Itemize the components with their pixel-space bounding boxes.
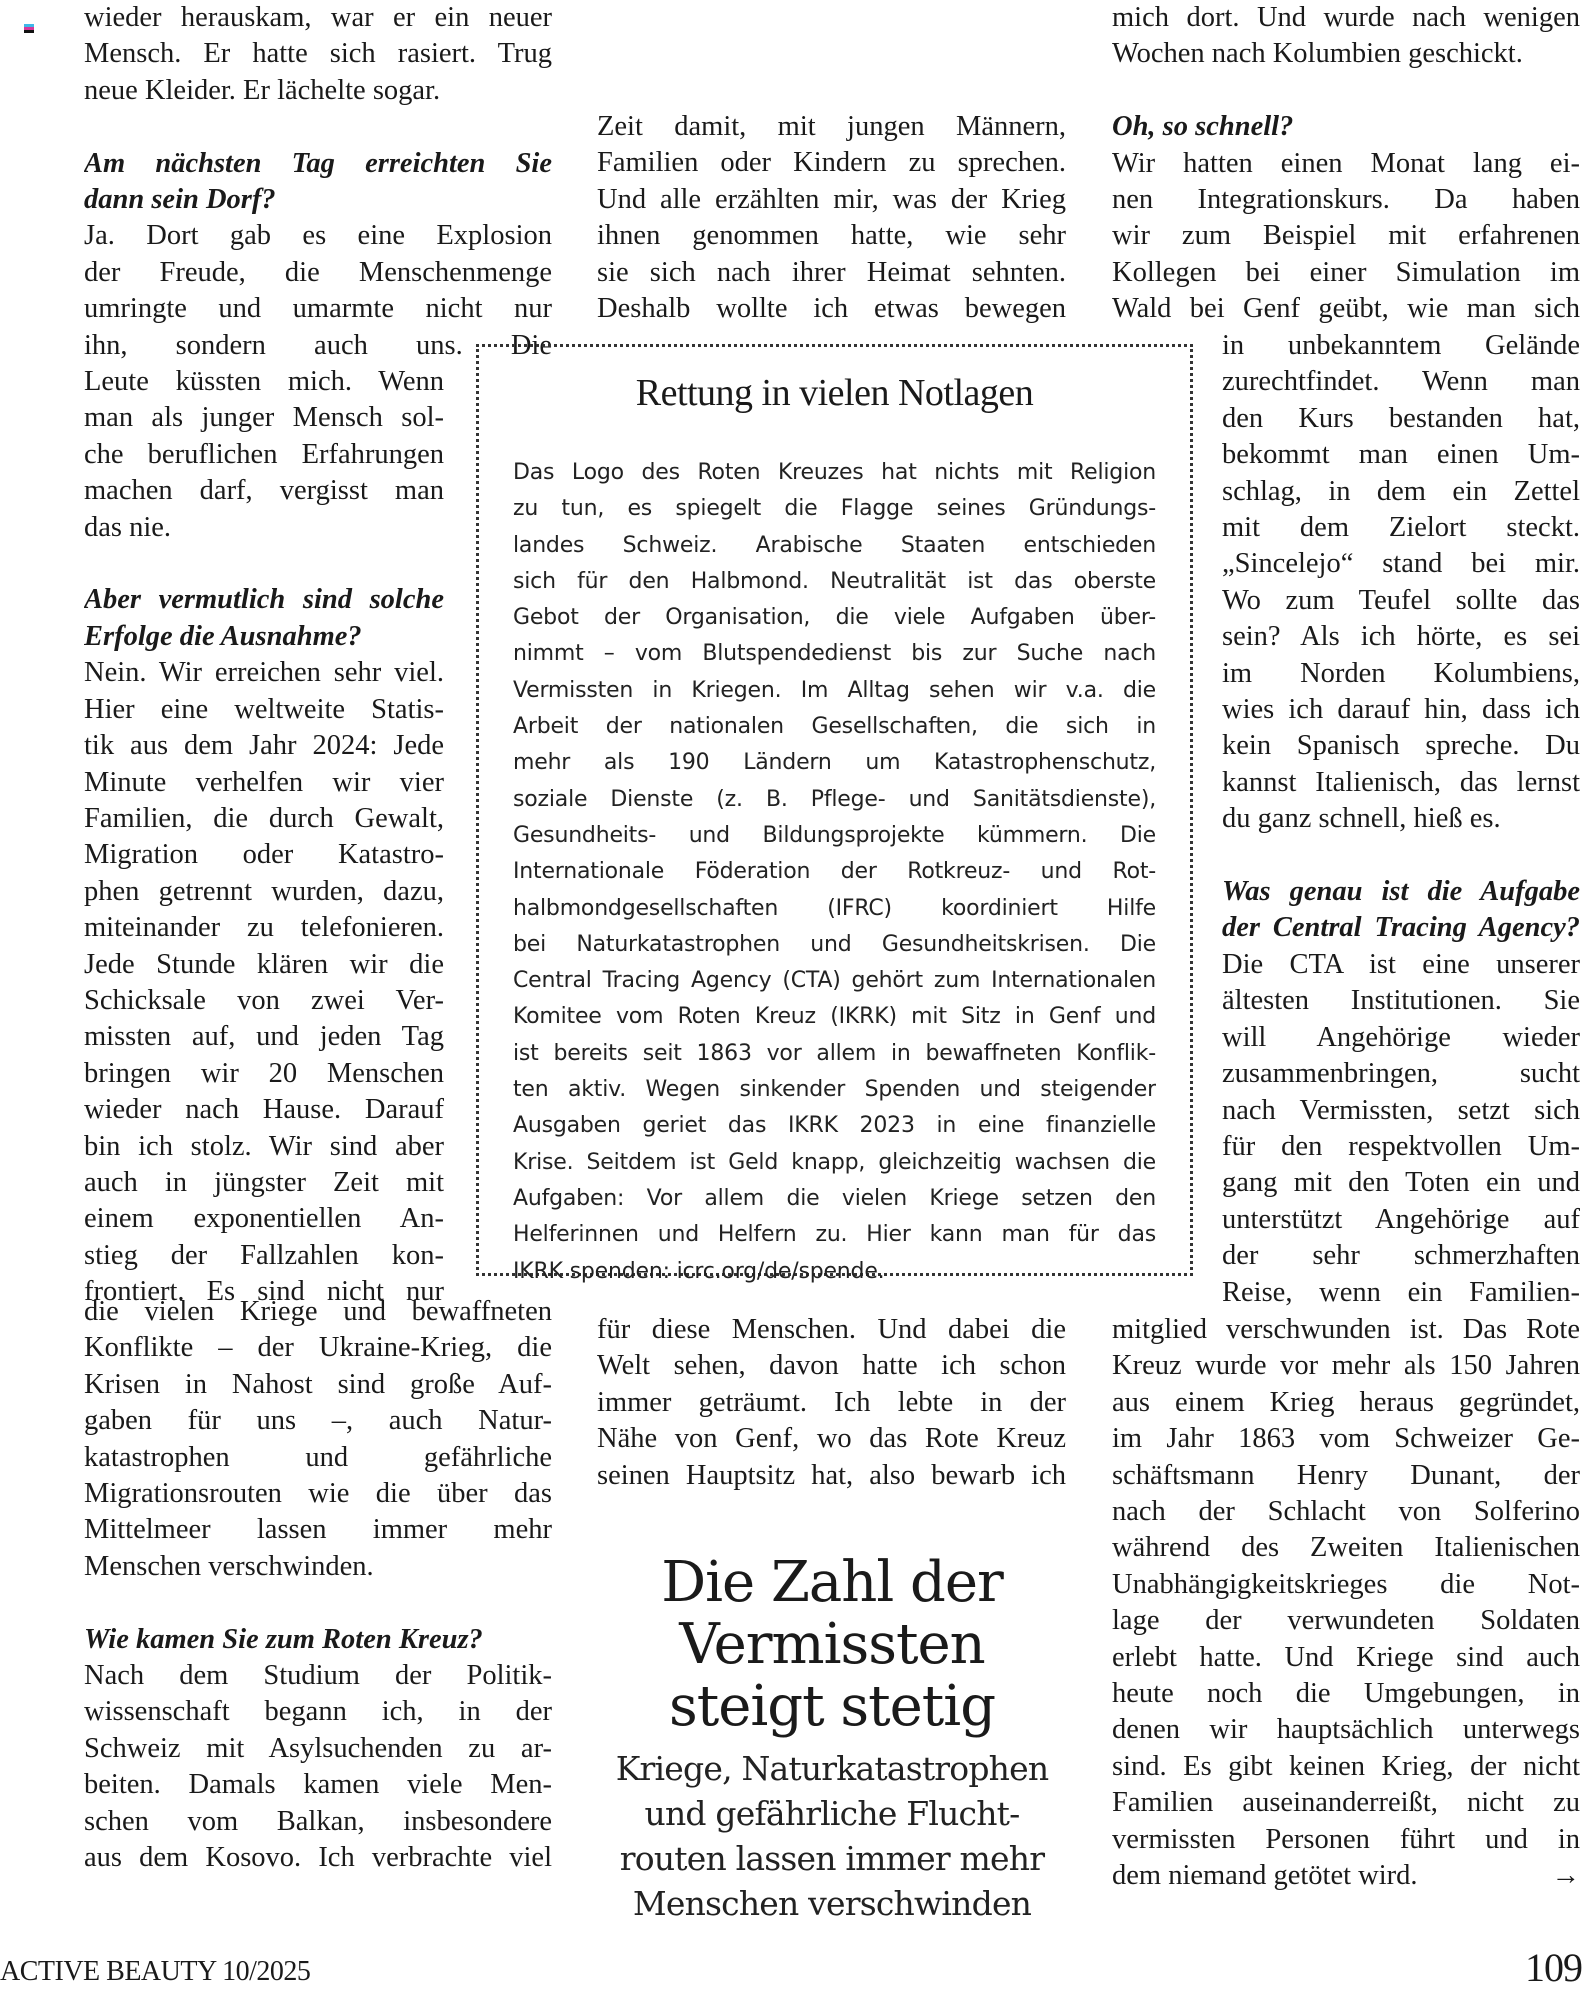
text-line: denen wir hauptsächlich unterwegs [1112,1712,1580,1748]
middle-column-bottom: für diese Menschen. Und dabei dieWelt se… [597,1312,1066,1494]
interview-question: Oh, so schnell? [1112,109,1580,145]
publication-name: ACTIVE BEAUTY 10/2025 [0,1956,310,1988]
text-line: Wir hatten einen Monat lang ei- [1112,146,1580,182]
continue-arrow-icon: → [1552,1858,1581,1894]
text-line: gaben für uns –, auch Natur- [84,1403,552,1439]
text-line: während des Zweiten Italienischen [1112,1530,1580,1566]
text-line: Hier eine weltweite Statis- [84,692,444,728]
text-line: Krisen in Nahost sind große Auf- [84,1367,552,1403]
text-line: missten auf, und jeden Tag [84,1019,444,1055]
text-line: Mittelmeer lassen immer mehr [84,1512,552,1548]
paragraph-spacer [1222,838,1580,874]
text-line: Internationale Föderation der Rotkreuz- … [513,854,1156,890]
text-line: Migration oder Katastro- [84,837,444,873]
text-line: bin ich stolz. Wir sind aber [84,1129,444,1165]
text-line: lage der verwundeten Soldaten [1112,1603,1580,1639]
text-line: dann sein Dorf? [84,182,552,218]
info-box: Rettung in vielen Notlagen Das Logo des … [476,344,1193,1276]
text-line: kein Spanisch spreche. Du [1222,728,1580,764]
text-line: einem exponentiellen An- [84,1201,444,1237]
pull-quote-subline-line: Menschen verschwinden [592,1881,1072,1926]
text-line: den Kurs bestanden hat, [1222,401,1580,437]
pull-quote-headline-line: Die Zahl der [592,1552,1072,1614]
text-line: soziale Dienste (z. B. Pflege- und Sanit… [513,782,1156,818]
text-line: seinen Hauptsitz hat, also bewarb ich [597,1458,1066,1494]
text-line: Jede Stunde klären wir die [84,947,444,983]
text-line: nach der Schlacht von Solferino [1112,1494,1580,1530]
right-column-narrow: in unbekanntem Geländezurechtfindet. Wen… [1222,328,1580,1311]
text-line: Welt sehen, davon hatte ich schon [597,1348,1066,1384]
text-line: bekommt man einen Um- [1222,437,1580,473]
text-line: neue Kleider. Er lächelte sogar. [84,73,552,109]
text-line: umringte und umarmte nicht nur [84,291,552,327]
text-line: ihnen genommen hatte, wie sehr [597,218,1066,254]
text-line: Nähe von Genf, wo das Rote Kreuz [597,1421,1066,1457]
text-line: dem niemand getötet wird.→ [1112,1858,1580,1894]
answer-paragraph: in unbekanntem Geländezurechtfindet. Wen… [1222,328,1580,838]
donation-link[interactable]: icrc.org/de/spende [677,1259,878,1284]
text-line: sie sich nach ihrer Heimat sehnten. [597,255,1066,291]
text-line: Schweiz mit Asylsuchenden zu ar- [84,1731,552,1767]
interview-question: Wie kamen Sie zum Roten Kreuz? [84,1622,552,1658]
text-line: Kreuz wurde vor mehr als 150 Jahren [1112,1348,1580,1384]
text-line: bei Naturkatastrophen und Gesundheitskri… [513,927,1156,963]
text-line: wies ich darauf hin, dass ich [1222,692,1580,728]
text-line: Gesundheits- und Bildungsprojekte kümmer… [513,818,1156,854]
text-line: im Norden Kolumbiens, [1222,656,1580,692]
text-line: Konflikte – der Ukraine-Krieg, die [84,1330,552,1366]
answer-paragraph: wieder herauskam, war er ein neuerMensch… [84,0,552,109]
info-box-body: Das Logo des Roten Kreuzes hat nichts mi… [513,433,1156,1312]
answer-paragraph: Die CTA ist eine unsererältesten Institu… [1222,947,1580,1311]
text-line: unterstützt Angehörige auf [1222,1202,1580,1238]
info-box-paragraph: Das Logo des Roten Kreuzes hat nichts mi… [513,455,1156,1290]
text-line: Familien, die durch Gewalt, [84,801,444,837]
text-line: Was genau ist die Aufgabe [1222,874,1580,910]
text-line: zurechtfindet. Wenn man [1222,364,1580,400]
pull-quote-subline-line: routen lassen immer mehr [592,1836,1072,1881]
text-line: ist bereits seit 1863 vor allem in bewaf… [513,1036,1156,1072]
text-line: aus einem Krieg heraus gegründet, [1112,1385,1580,1421]
text-line: Wochen nach Kolumbien geschickt. [1112,36,1580,72]
text-line: schlag, in dem ein Zettel [1222,474,1580,510]
text-line: Helferinnen und Helfern zu. Hier kann ma… [513,1217,1156,1253]
info-box-title: Rettung in vielen Notlagen [479,371,1190,415]
text-line: erlebt hatte. Und Kriege sind auch [1112,1640,1580,1676]
text-line: Krise. Seitdem ist Geld knapp, gleichzei… [513,1145,1156,1181]
text-line: zusammenbringen, sucht [1222,1056,1580,1092]
answer-paragraph: für diese Menschen. Und dabei dieWelt se… [597,1312,1066,1494]
text-line: katastrophen und gefährliche [84,1440,552,1476]
text-line: zu tun, es spiegelt die Flagge seines Gr… [513,491,1156,527]
paragraph-spacer [84,109,552,145]
pull-quote-headline: Die Zahl derVermisstensteigt stetig [592,1552,1072,1738]
text-line: bringen wir 20 Menschen [84,1056,444,1092]
text-line: Erfolge die Ausnahme? [84,619,444,655]
text-line: die vielen Kriege und bewaffneten [84,1294,552,1330]
text-line: IKRK spenden: icrc.org/de/spende. [513,1254,1156,1290]
text-line: der Central Tracing Agency? [1222,910,1580,946]
text-line: halbmondgesellschaften (IFRC) koordinier… [513,891,1156,927]
paragraph-spacer [84,1585,552,1621]
text-line: Die CTA ist eine unserer [1222,947,1580,983]
text-line: heute noch die Umgebungen, in [1112,1676,1580,1712]
text-line: für diese Menschen. Und dabei die [597,1312,1066,1348]
text-line: nimmt – vom Blutspendedienst bis zur Suc… [513,636,1156,672]
text-line: sein? Als ich hörte, es sei [1222,619,1580,655]
text-line: in unbekanntem Gelände [1222,328,1580,364]
text-line: aus dem Kosovo. Ich verbrachte viel [84,1840,552,1876]
text-line: für den respektvollen Um- [1222,1129,1580,1165]
text-line: Gebot der Organisation, die viele Aufgab… [513,600,1156,636]
text-line: mehr als 190 Ländern um Katastrophenschu… [513,745,1156,781]
left-column-continued: die vielen Kriege und bewaffnetenKonflik… [84,1294,552,1876]
text-line: Arbeit der nationalen Gesellschaften, di… [513,709,1156,745]
text-line: auch in jüngster Zeit mit [84,1165,444,1201]
text-line: mitglied verschwunden ist. Das Rote [1112,1312,1580,1348]
text-line: nach Vermissten, setzt sich [1222,1093,1580,1129]
text-line: Zeit damit, mit jungen Männern, [597,109,1066,145]
text-line: der Freude, die Menschenmenge [84,255,552,291]
text-line: wissenschaft begann ich, in der [84,1694,552,1730]
text-line: Central Tracing Agency (CTA) gehört zum … [513,963,1156,999]
paragraph-spacer [1112,73,1580,109]
text-line: stieg der Fallzahlen kon- [84,1238,444,1274]
text-line: phen getrennt wurden, dazu, [84,874,444,910]
print-registration-mark [24,24,34,36]
text-line: Aufgaben: Vor allem die vielen Kriege se… [513,1181,1156,1217]
black-bar [24,30,34,33]
text-line: beiten. Damals kamen viele Men- [84,1767,552,1803]
text-line: nen Integrationskurs. Da haben [1112,182,1580,218]
text-line: mich dort. Und wurde nach wenigen [1112,0,1580,36]
text-line: Kollegen bei einer Simulation im [1112,255,1580,291]
text-line: Leute küssten mich. Wenn [84,364,444,400]
right-column: mich dort. Und wurde nach wenigenWochen … [1112,0,1580,328]
text-line: landes Schweiz. Arabische Staaten entsch… [513,528,1156,564]
pull-quote-headline-line: steigt stetig [592,1676,1072,1738]
text-line: schen vom Balkan, insbesondere [84,1804,552,1840]
text-line: Minute verhelfen wir vier [84,765,444,801]
text-line: Am nächsten Tag erreichten Sie [84,146,552,182]
text-line: Schicksale von zwei Ver- [84,983,444,1019]
text-line: Unabhängigkeitskrieges die Not- [1112,1567,1580,1603]
pull-quote-subline: Kriege, Naturkatastrophenund gefährliche… [592,1746,1072,1926]
text-line: immer geträumt. Ich lebte in der [597,1385,1066,1421]
text-line: Aber vermutlich sind solche [84,582,444,618]
text-line: sind. Es gibt keinen Krieg, der nicht [1112,1749,1580,1785]
answer-paragraph: die vielen Kriege und bewaffnetenKonflik… [84,1294,552,1585]
text-line: tik aus dem Jahr 2024: Jede [84,728,444,764]
text-line: Wo zum Teufel sollte das [1222,583,1580,619]
text-line: ältesten Institutionen. Sie [1222,983,1580,1019]
text-line: Nach dem Studium der Politik- [84,1658,552,1694]
text-line: wir zum Beispiel mit erfahrenen [1112,218,1580,254]
text-line: das nie. [84,510,444,546]
pull-quote: Die Zahl derVermisstensteigt stetig Krie… [592,1552,1072,1926]
text-line: will Angehörige wieder [1222,1020,1580,1056]
text-line: gang mit den Toten ein und [1222,1165,1580,1201]
text-line: Und alle erzählten mir, was der Krieg [597,182,1066,218]
text-line: wieder herauskam, war er ein neuer [84,0,552,36]
answer-paragraph: Zeit damit, mit jungen Männern,Familien … [597,109,1066,327]
text-line: der sehr schmerzhaften [1222,1238,1580,1274]
text-line: mit dem Zielort steckt. [1222,510,1580,546]
text-line: im Jahr 1863 vom Schweizer Ge- [1112,1421,1580,1457]
text-line: Ausgaben geriet das IKRK 2023 in eine fi… [513,1108,1156,1144]
pull-quote-subline-line: Kriege, Naturkatastrophen [592,1746,1072,1791]
text-line: miteinander zu telefonieren. [84,910,444,946]
text-line: Ja. Dort gab es eine Explosion [84,218,552,254]
text-line: Oh, so schnell? [1112,109,1580,145]
text-line: Komitee vom Roten Kreuz (IKRK) mit Sitz … [513,999,1156,1035]
text-line: Reise, wenn ein Familien- [1222,1275,1580,1311]
middle-column-top: Zeit damit, mit jungen Männern,Familien … [597,109,1066,327]
text-line: Wie kamen Sie zum Roten Kreuz? [84,1622,552,1658]
text-line: Mensch. Er hatte sich rasiert. Trug [84,36,552,72]
text-line: Migrationsrouten wie die über das [84,1476,552,1512]
text-line: Familien auseinanderreißt, nicht zu [1112,1785,1580,1821]
pull-quote-headline-line: Vermissten [592,1614,1072,1676]
text-line: schäftsmann Henry Dunant, der [1112,1458,1580,1494]
text-line: Deshalb wollte ich etwas bewegen [597,291,1066,327]
text-line: machen darf, vergisst man [84,473,444,509]
answer-paragraph: Nach dem Studium der Politik-wissenschaf… [84,1658,552,1876]
text-line: Vermissten in Kriegen. Im Alltag sehen w… [513,673,1156,709]
answer-paragraph: Wir hatten einen Monat lang ei-nen Integ… [1112,146,1580,328]
text-line: kannst Italienisch, das lernst [1222,765,1580,801]
text-line: ten aktiv. Wegen sinkender Spenden und s… [513,1072,1156,1108]
text-line: Nein. Wir erreichen sehr viel. [84,655,444,691]
text-line: Das Logo des Roten Kreuzes hat nichts mi… [513,455,1156,491]
text-line: wieder nach Hause. Darauf [84,1092,444,1128]
text-line: „Sincelejo“ stand bei mir. [1222,546,1580,582]
text-line: du ganz schnell, hieß es. [1222,801,1580,837]
pull-quote-subline-line: und gefährliche Flucht- [592,1791,1072,1836]
answer-paragraph: mitglied verschwunden ist. Das RoteKreuz… [1112,1312,1580,1895]
text-line: Menschen verschwinden. [84,1549,552,1585]
interview-question: Am nächsten Tag erreichten Siedann sein … [84,146,552,219]
text-line: che beruflichen Erfahrungen [84,437,444,473]
page-number: 109 [1525,1944,1582,1991]
text-line: man als junger Mensch sol- [84,400,444,436]
text-line: vermissten Personen führt und in [1112,1822,1580,1858]
answer-paragraph: mich dort. Und wurde nach wenigenWochen … [1112,0,1580,73]
text-line: Familien oder Kindern zu sprechen. [597,145,1066,181]
interview-question: Was genau ist die Aufgabeder Central Tra… [1222,874,1580,947]
text-line: sich für den Halbmond. Neutralität ist d… [513,564,1156,600]
right-column-continued: mitglied verschwunden ist. Das RoteKreuz… [1112,1312,1580,1895]
text-line: Wald bei Genf geübt, wie man sich [1112,291,1580,327]
